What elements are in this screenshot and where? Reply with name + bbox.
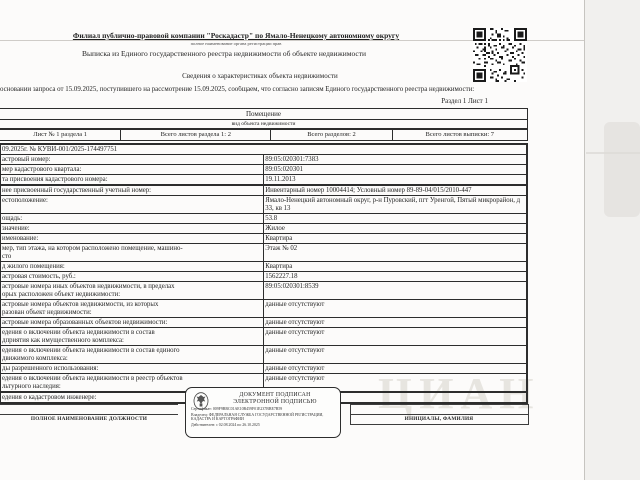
section-sheet-marker: Раздел 1 Лист 1	[290, 97, 488, 105]
row-label: едения о включении объекта недвижимости …	[1, 346, 264, 364]
row-label: ощадь:	[1, 214, 264, 224]
row-label: значение:	[1, 224, 264, 234]
row-label: астровые номера объектов недвижимости, и…	[1, 300, 264, 318]
table-row: ощадь:53.8	[1, 214, 528, 224]
row-label: астровая стоимость, руб.:	[1, 272, 264, 282]
object-type-box: Помещение вид объекта недвижимости	[0, 108, 528, 129]
initials-caption: инициалы, фамилия	[350, 416, 528, 422]
table-row: д жилого помещения:Квартира	[1, 262, 528, 272]
sheet-info-cell: Лист № 1 раздела 1	[0, 130, 121, 140]
row-value: данные отсутствуют	[264, 364, 527, 374]
row-value: 53.8	[264, 214, 527, 224]
characteristics-table: 09.2025г. № КУВИ-001/2025-174497751 астр…	[0, 143, 528, 404]
row-label: д жилого помещения:	[1, 262, 264, 272]
row-value: 89:05:020301:8539	[264, 282, 527, 300]
table-row: астровая стоимость, руб.:1562227.18	[1, 272, 528, 282]
position-caption: полное наименование должности	[0, 416, 178, 422]
table-row: нее присвоенный государственный учетный …	[1, 185, 528, 196]
table-row: значение:Жилое	[1, 224, 528, 234]
table-row: именование:Квартира	[1, 234, 528, 244]
row-value: данные отсутствуют	[264, 328, 527, 346]
section-title: Сведения о характеристиках объекта недви…	[0, 72, 520, 80]
sheet-info-row: Лист № 1 раздела 1Всего листов раздела 1…	[0, 129, 528, 141]
table-row: естоположение:Ямало-Ненецкий автономный …	[1, 196, 528, 214]
row-value: Инвентарный номер 10004414; Условный ном…	[264, 185, 527, 196]
registration-authority-caption: полное наименование органа регистрации п…	[0, 41, 472, 46]
details-rows: 09.2025г. № КУВИ-001/2025-174497751 астр…	[1, 144, 528, 403]
sheet-info-cell: Всего разделов: 2	[271, 130, 392, 140]
row-label-line2: движимого комплекса:	[2, 355, 261, 363]
table-row: едения о включении объекта недвижимости …	[1, 328, 528, 346]
scan-smudge	[604, 122, 640, 217]
row-label-line2: разован объект недвижимости:	[2, 309, 261, 317]
table-row: астровые номера образованных объектов не…	[1, 318, 528, 328]
stamp-title-2: ЭЛЕКТРОННОЙ ПОДПИСЬЮ	[210, 399, 340, 406]
document-title: Выписка из Единого государственного реес…	[0, 49, 448, 58]
row-label: мер, тип этажа, на котором расположено п…	[1, 244, 264, 262]
sheet-info-cell: Всего листов раздела 1: 2	[121, 130, 271, 140]
request-basis-line: основании запроса от 15.09.2025, поступи…	[0, 86, 540, 93]
table-row: астровый номер:89:05:020301:7383	[1, 155, 528, 165]
row-label: ды разрешенного использования:	[1, 364, 264, 374]
row-value: 19.11.2013	[264, 175, 527, 186]
row-label: астровый номер:	[1, 155, 264, 165]
scan-background-band	[584, 0, 640, 480]
row-label-line2: дприятия как имущественного комплекса:	[2, 337, 261, 345]
row-label: мер кадастрового квартала:	[1, 165, 264, 175]
row-value: Ямало-Ненецкий автономный округ, р-н Пур…	[264, 196, 527, 214]
row-value: Квартира	[264, 262, 527, 272]
signature-line-left	[0, 404, 178, 405]
table-row: мер, тип этажа, на котором расположено п…	[1, 244, 528, 262]
row-label-line2: сто	[2, 253, 261, 261]
stamp-certificate: Сертификат: 009F9BBC01AE10B459F01E237BBE…	[191, 407, 337, 412]
row-value: Этаж № 02	[264, 244, 527, 262]
coat-of-arms-icon	[193, 392, 209, 410]
row-label: едения о включении объекта недвижимости …	[1, 328, 264, 346]
row-label: именование:	[1, 234, 264, 244]
table-row: мер кадастрового квартала:89:05:020301	[1, 165, 528, 175]
row-value: 89:05:020301:7383	[264, 155, 527, 165]
scan-smudge	[586, 152, 640, 154]
row-label: астровые номера иных объектов недвижимос…	[1, 282, 264, 300]
row-value: 1562227.18	[264, 272, 527, 282]
stamp-owner: Владелец: ФЕДЕРАЛЬНАЯ СЛУЖБА ГОСУДАРСТВЕ…	[191, 413, 337, 422]
row-value: данные отсутствуют	[264, 318, 527, 328]
name-signature-divider	[350, 414, 528, 415]
object-type-caption: вид объекта недвижимости	[0, 120, 527, 128]
row-label: та присвоения кадастрового номера:	[1, 175, 264, 186]
digital-signature-stamp: ДОКУМЕНТ ПОДПИСАН ЭЛЕКТРОННОЙ ПОДПИСЬЮ С…	[185, 387, 341, 438]
table-row: та присвоения кадастрового номера:19.11.…	[1, 175, 528, 186]
request-number: 09.2025г. № КУВИ-001/2025-174497751	[1, 144, 528, 155]
registration-authority-name: Филиал публично-правовой компании "Роска…	[0, 31, 472, 40]
object-type: Помещение	[0, 109, 527, 120]
row-label-line2: орых расположен объект недвижимости:	[2, 291, 261, 299]
row-label: нее присвоенный государственный учетный …	[1, 185, 264, 196]
stamp-title-1: ДОКУМЕНТ ПОДПИСАН	[210, 392, 340, 399]
row-value: 89:05:020301	[264, 165, 527, 175]
row-value: Жилое	[264, 224, 527, 234]
signature-line-left-lower	[0, 414, 178, 415]
row-value: данные отсутствуют	[264, 346, 527, 364]
row-value: Квартира	[264, 234, 527, 244]
table-row: астровые номера объектов недвижимости, и…	[1, 300, 528, 318]
row-label: естоположение:	[1, 196, 264, 214]
row-label: астровые номера образованных объектов не…	[1, 318, 264, 328]
row-value: данные отсутствуют	[264, 300, 527, 318]
table-row: ды разрешенного использования:данные отс…	[1, 364, 528, 374]
stamp-validity: Действителен: с 02.08.2024 по 26.10.2025	[191, 423, 337, 428]
table-row: астровые номера иных объектов недвижимос…	[1, 282, 528, 300]
table-row: едения о включении объекта недвижимости …	[1, 346, 528, 364]
sheet-info-cell: Всего листов выписки: 7	[393, 130, 527, 140]
request-number-row: 09.2025г. № КУВИ-001/2025-174497751	[1, 144, 528, 155]
